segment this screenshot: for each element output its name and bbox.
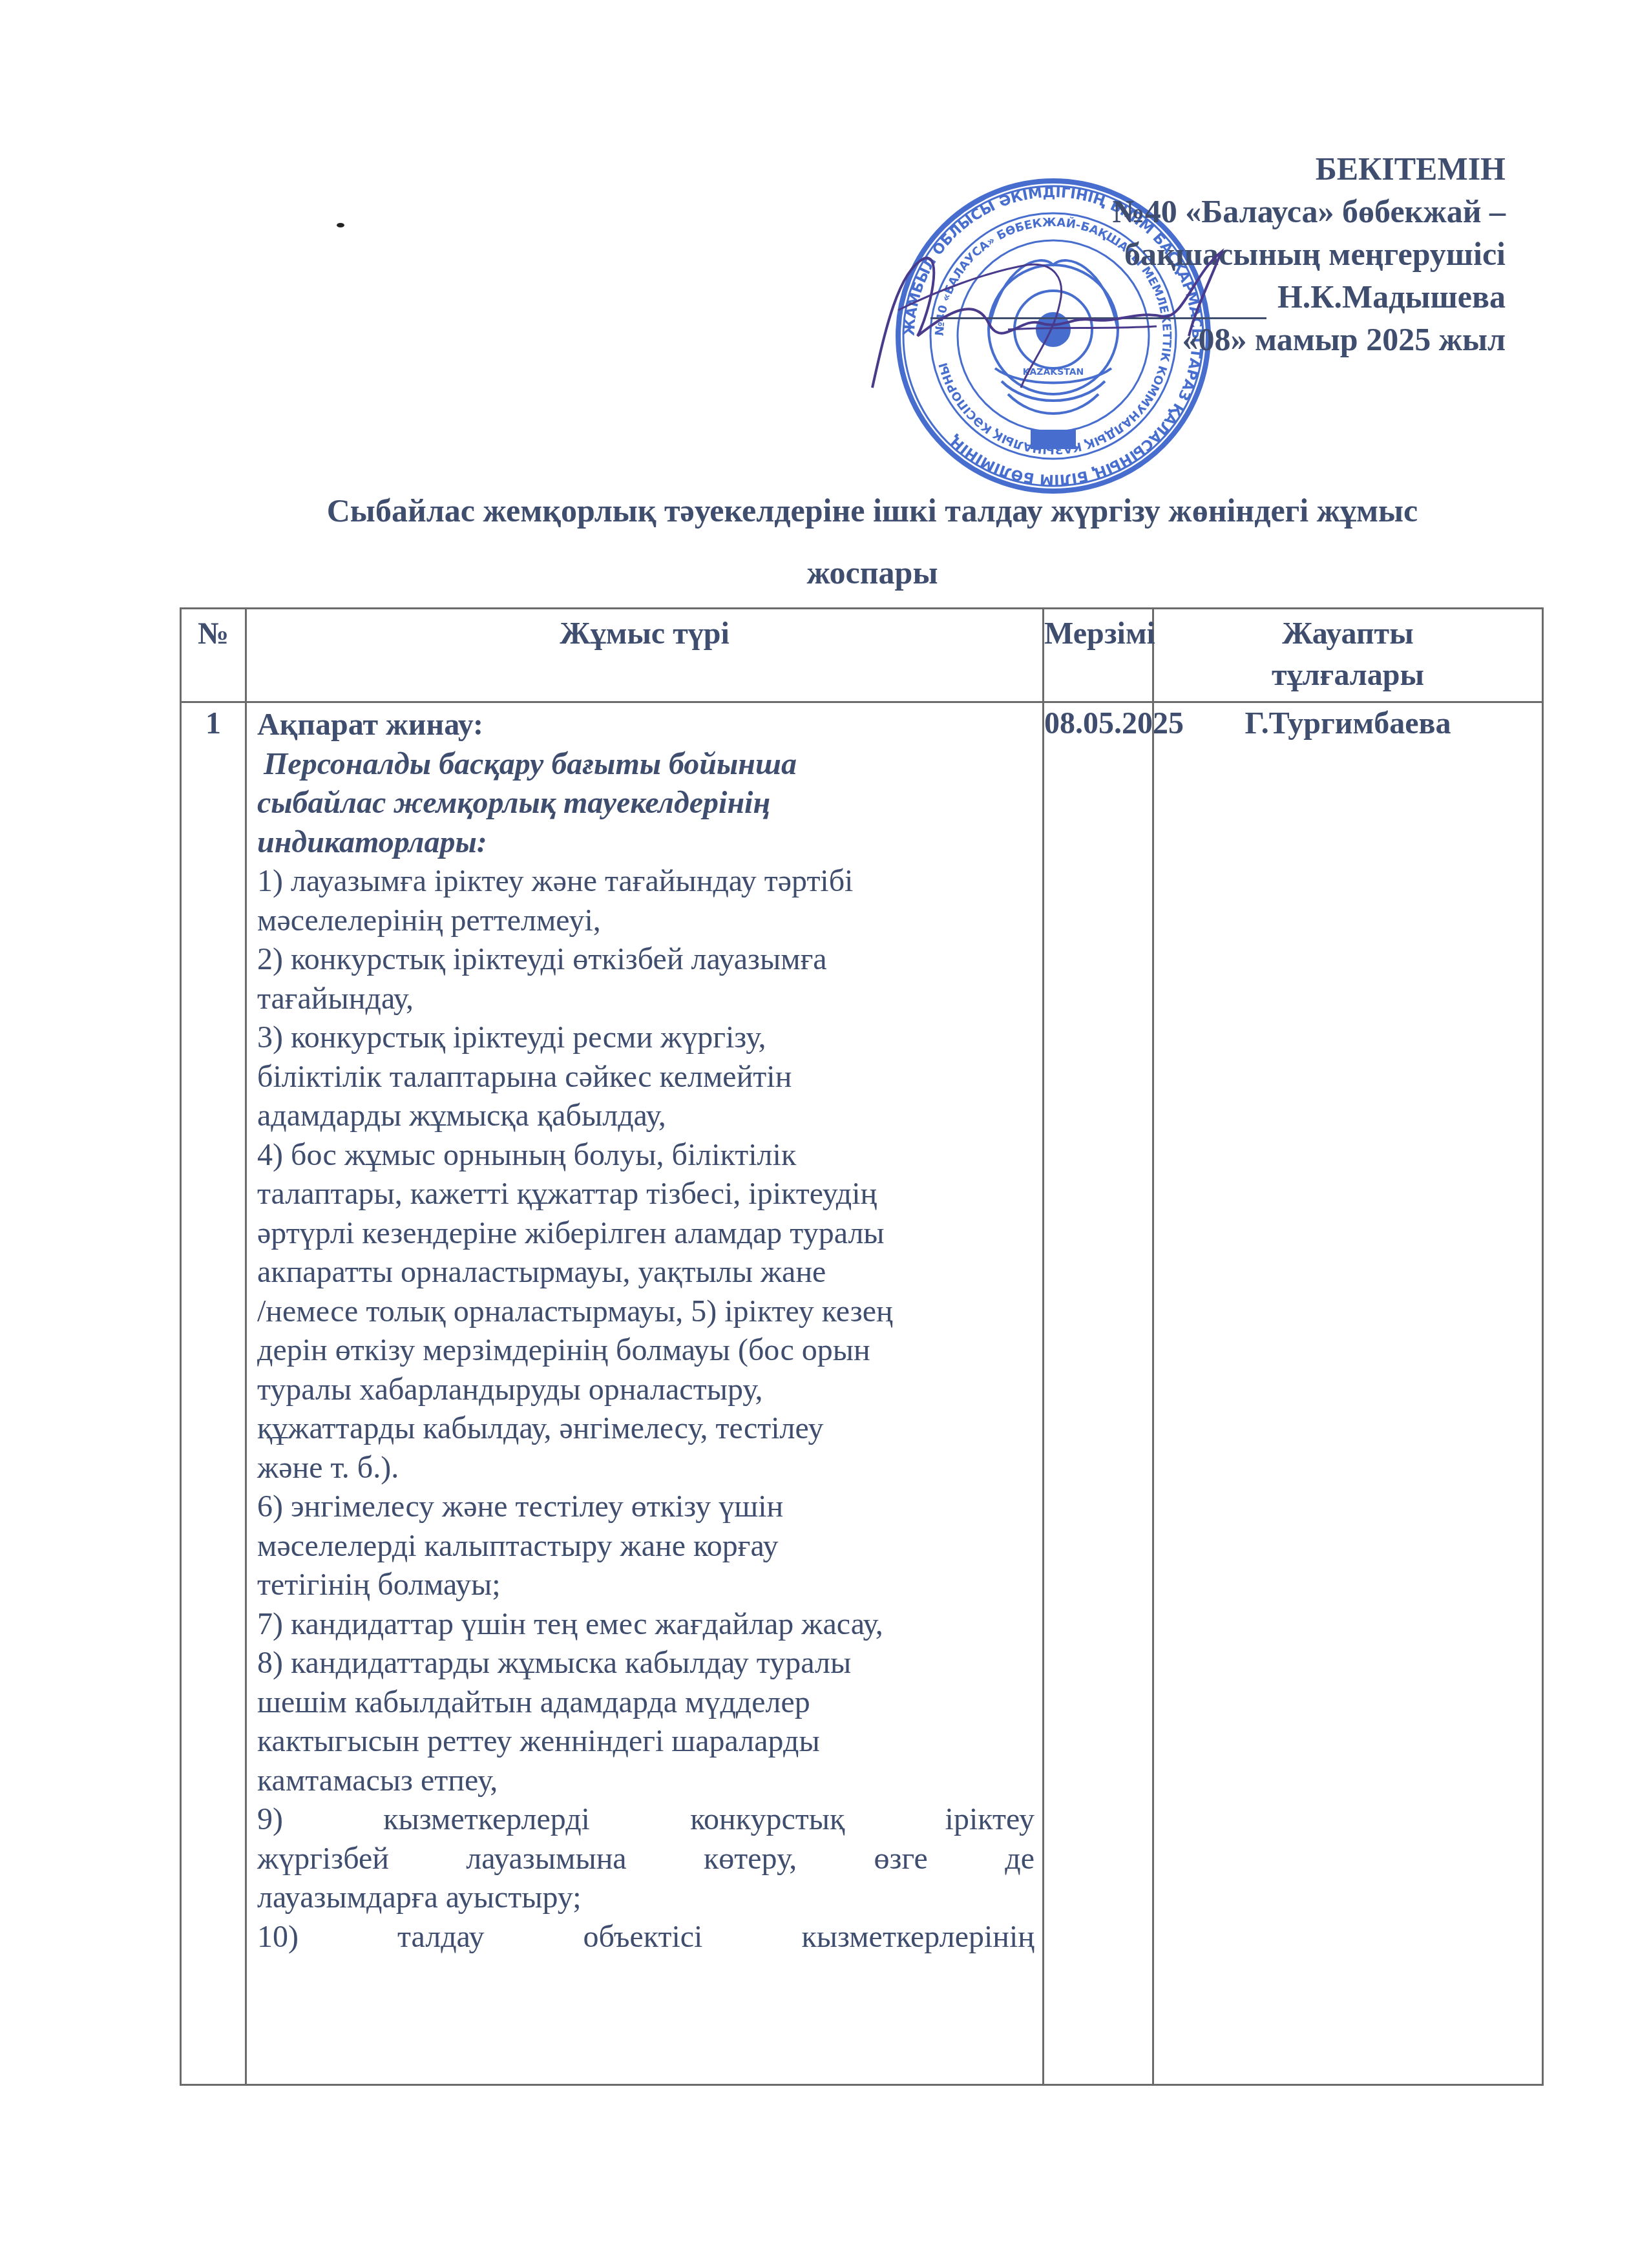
list-item: туралы хабарландыруды орналастыру,: [257, 1370, 1035, 1410]
list-item: 9) кызметкерлерді конкурстық іріктеу: [257, 1800, 1035, 1840]
table-header-row: № Жұмыс түрі Мерзімі Жауапты тұлғалары: [181, 609, 1543, 702]
list-item: /немесе толық орналастырмауы, 5) іріктеу…: [257, 1292, 1035, 1332]
header-responsible: Жауапты тұлғалары: [1153, 609, 1543, 702]
list-item: шешім кабылдайтын адамдарда мүдделер: [257, 1683, 1035, 1723]
list-item: құжаттарды кабылдау, әнгімелесу, тестіле…: [257, 1409, 1035, 1449]
row-deadline: 08.05.2025: [1044, 702, 1153, 2085]
list-item: 1) лауазымға іріктеу және тағайындау тәр…: [257, 862, 1035, 901]
list-item: тетігінің болмауы;: [257, 1566, 1035, 1605]
document-title-line1: Сыбайлас жемқорлық тәуекелдеріне ішкі та…: [194, 479, 1551, 541]
approval-title: БЕКІТЕМІН: [1113, 147, 1506, 190]
row-responsible: Г.Тургимбаева: [1153, 702, 1543, 2085]
list-item: 4) бос жұмыс орнының болуы, біліктілік: [257, 1136, 1035, 1175]
list-item: акпаратты орналастырмауы, уақтылы жане: [257, 1253, 1035, 1292]
list-item: 3) конкурстық іріктеуді ресми жүргізу,: [257, 1018, 1035, 1058]
list-item: 2) конкурстық іріктеуді өткізбей лауазым…: [257, 940, 1035, 980]
work-heading: Ақпарат жинау:: [257, 706, 1035, 745]
table-row: 1 Ақпарат жинау: Персоналды басқару бағы…: [181, 702, 1543, 2085]
list-item: әртүрлі кезендеріне жіберілген аламдар т…: [257, 1214, 1035, 1254]
list-item: мәселелерді калыптастыру жане корғау: [257, 1527, 1035, 1566]
list-item: дерін өткізу мерзімдерінің болмауы (бос …: [257, 1331, 1035, 1370]
list-item: біліктілік талаптарына сәйкес келмейтін: [257, 1058, 1035, 1097]
work-plan-table: № Жұмыс түрі Мерзімі Жауапты тұлғалары 1…: [180, 607, 1544, 2086]
approval-organization-line1: №40 «Балауса» бөбекжай –: [1113, 190, 1506, 233]
list-item: адамдарды жұмысқа қабылдау,: [257, 1097, 1035, 1136]
list-item: камтамасыз етпеу,: [257, 1761, 1035, 1801]
list-item: 7) кандидаттар үшін тең емес жағдайлар ж…: [257, 1605, 1035, 1644]
signature-icon: [859, 233, 1279, 394]
list-item: лауазымдарға ауыстыру;: [257, 1878, 1035, 1918]
document-title-line2: жоспары: [194, 541, 1551, 604]
row-work-type: Ақпарат жинау: Персоналды басқару бағыты…: [246, 702, 1044, 2085]
indicator-list: 1) лауазымға іріктеу және тағайындау тәр…: [257, 862, 1035, 1800]
list-item: кактыгысын реттеу женніндегі шараларды: [257, 1722, 1035, 1761]
list-item: жүргізбей лауазымына көтеру, өзге де: [257, 1840, 1035, 1879]
list-item: 10) талдау объектісі кызметкерлерінің: [257, 1918, 1035, 1957]
list-item: 6) энгімелесу және тестілеу өткізу үшін: [257, 1487, 1035, 1527]
work-subheading-line2: сыбайлас жемқорлық тауекелдерінің: [257, 784, 1035, 823]
work-subheading-line3: индикаторлары:: [257, 823, 1035, 863]
header-number: №: [181, 609, 246, 702]
row-number: 1: [181, 702, 246, 2085]
list-item: тағайындау,: [257, 980, 1035, 1019]
list-item: 8) кандидаттарды жұмыска кабылдау туралы: [257, 1644, 1035, 1683]
header-work-type: Жұмыс түрі: [246, 609, 1044, 702]
scan-speck: [337, 223, 344, 227]
header-deadline: Мерзімі: [1044, 609, 1153, 702]
list-item: және т. б.).: [257, 1449, 1035, 1488]
work-subheading-line1: Персоналды басқару бағыты бойынша: [257, 745, 1035, 784]
header-responsible-line2: тұлғалары: [1154, 655, 1542, 696]
header-responsible-line1: Жауапты: [1154, 613, 1542, 655]
list-item: талаптары, кажетті құжаттар тізбесі, ірі…: [257, 1175, 1035, 1214]
list-item: мәселелерінің реттелмеуі,: [257, 901, 1035, 941]
document-title: Сыбайлас жемқорлық тәуекелдеріне ішкі та…: [194, 479, 1551, 604]
